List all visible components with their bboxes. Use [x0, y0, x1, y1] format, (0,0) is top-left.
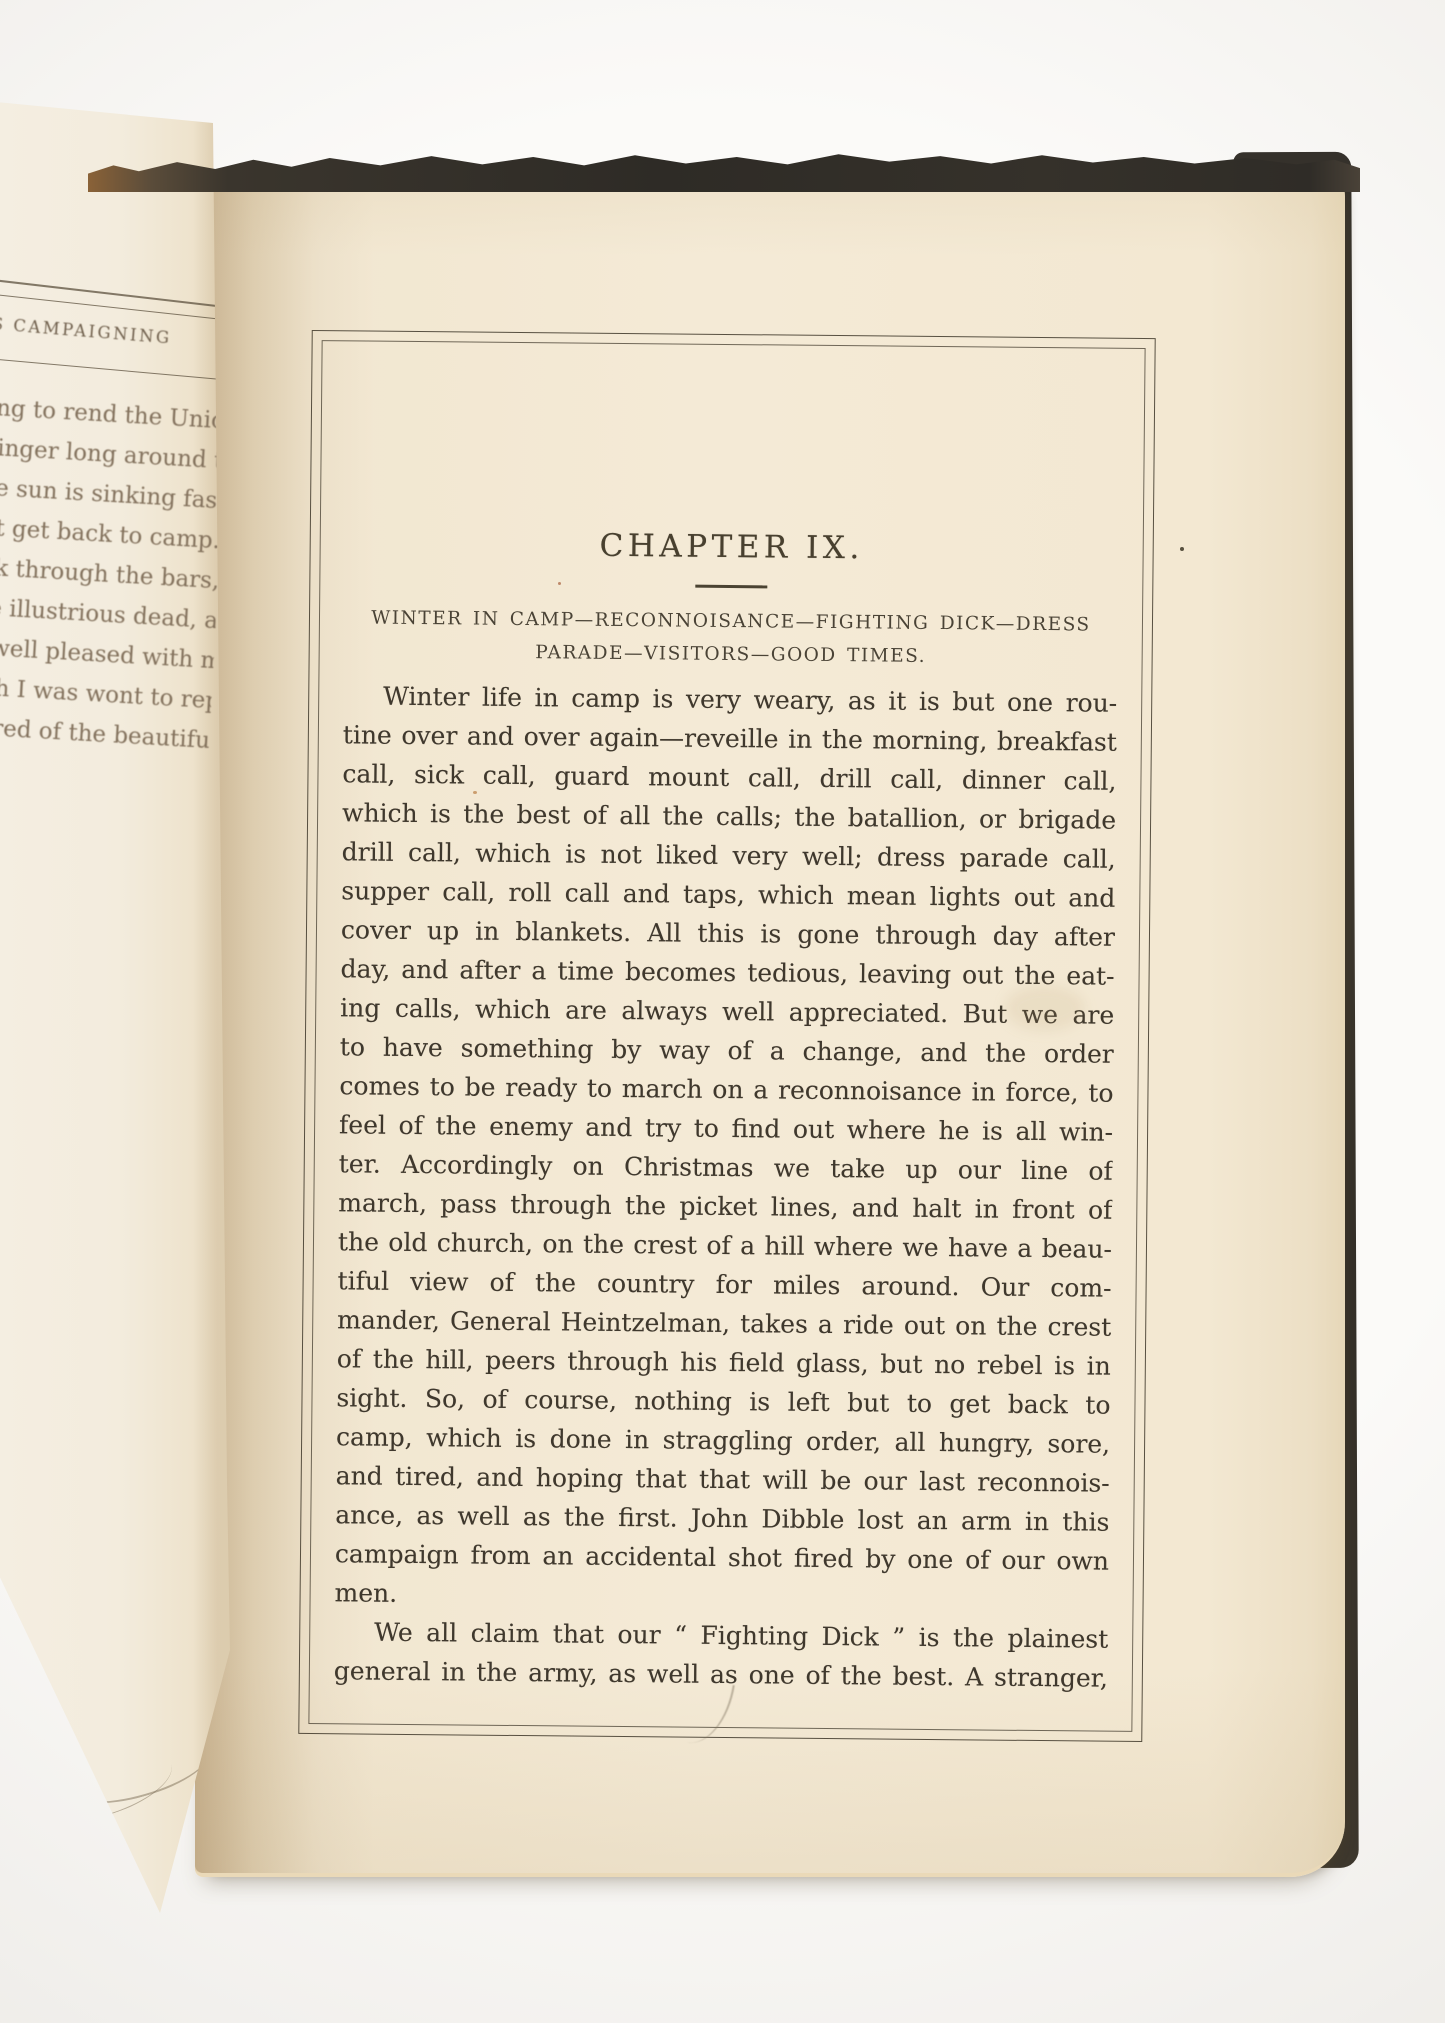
left-page-rule: [0, 292, 226, 320]
page-border-frame: CHAPTER IX. WINTER IN CAMP—RECONNOISANCE…: [298, 330, 1155, 1742]
paper-stain: [1005, 985, 1085, 1031]
left-page: RS CAMPAIGNING ying to rend the Union as…: [0, 95, 237, 1923]
book-photo: { "photo": { "background_color": "#fbfaf…: [0, 0, 1445, 2023]
paper-speck: [1180, 547, 1184, 551]
paper-speck: [558, 582, 561, 585]
chapter-subtitle: WINTER IN CAMP—RECONNOISANCE—FIGHTING DI…: [344, 601, 1119, 674]
section-divider: [695, 585, 767, 589]
text-line: campaign from an accidental shot fired b…: [335, 1534, 1109, 1580]
book-top-cloth-edge: [88, 146, 1360, 192]
left-page-lines: ying to rend the Union asuI linger long …: [0, 387, 229, 761]
left-page-running-head: RS CAMPAIGNING: [0, 313, 202, 350]
left-page-rule: [0, 277, 225, 308]
chapter-heading: CHAPTER IX.: [345, 525, 1119, 568]
page-content: CHAPTER IX. WINTER IN CAMP—RECONNOISANCE…: [333, 341, 1120, 1730]
paper-speck: [473, 791, 477, 794]
body-text: Winter life in camp is very weary, as it…: [334, 676, 1118, 1697]
right-page: CHAPTER IX. WINTER IN CAMP—RECONNOISANCE…: [195, 170, 1345, 1877]
paragraph: Winter life in camp is very weary, as it…: [334, 676, 1117, 1619]
